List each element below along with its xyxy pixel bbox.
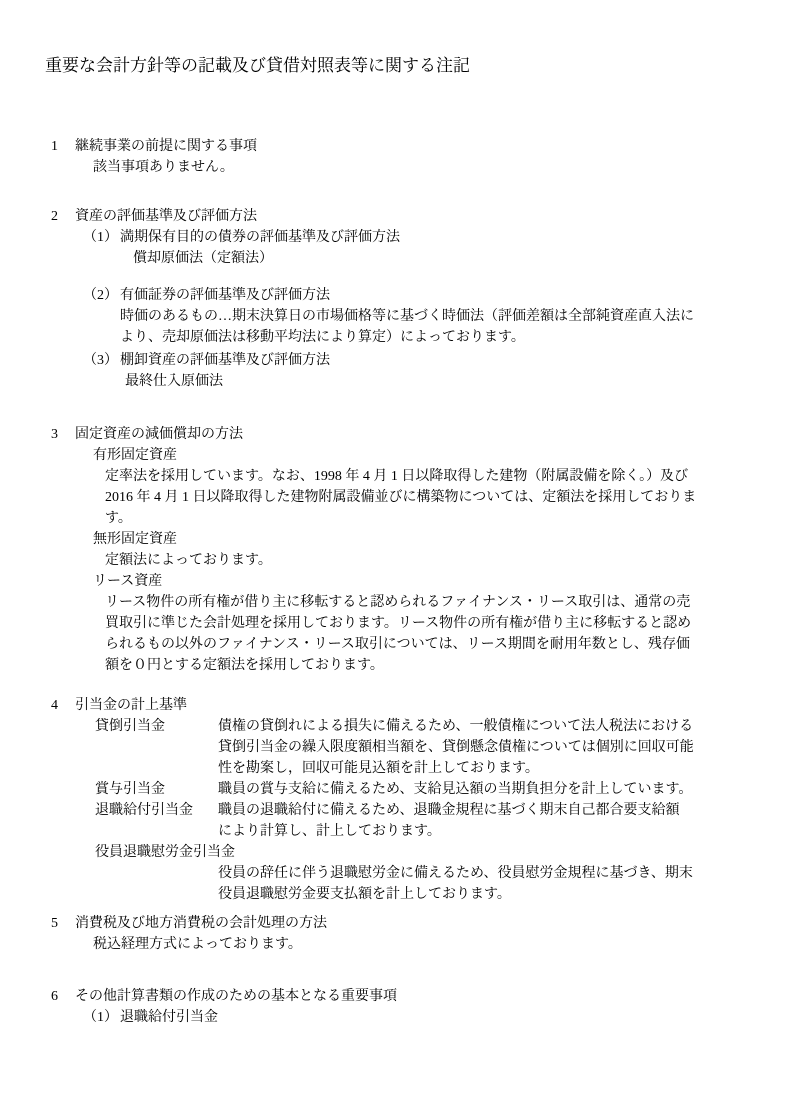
subsection-heading: 満期保有目的の債券の評価基準及び評価方法 [120,227,400,248]
subsection-body: 定率法を採用しています。なお、1998 年 4 月 1 日以降取得した建物（附属… [105,466,745,529]
subsection-heading: 退職給付引当金 [120,1007,218,1028]
section-heading-row: 2 資産の評価基準及び評価方法 [45,206,745,227]
subsection-retirement-benefit-provision: （1） 退職給付引当金 [83,1007,745,1028]
subsection-body: 最終仕入原価法 [125,371,745,392]
provision-term: 退職給付引当金 [95,800,218,842]
provision-term: 役員退職慰労金引当金 [95,842,745,863]
provision-term: 貸倒引当金 [95,716,218,779]
provision-row-officer-retirement: 役員退職慰労金引当金 役員の辞任に伴う退職慰労金に備えるため、役員慰労金規程に基… [45,842,745,905]
section-other-important-matters: 6 その他計算書類の作成のための基本となる重要事項 （1） 退職給付引当金 [45,986,745,1028]
subsection-heading-row: （2） 有価証券の評価基準及び評価方法 [83,285,745,306]
subsection-label: （1） [83,227,120,248]
section-number: 6 [45,986,75,1007]
subsection-inventories: （3） 棚卸資産の評価基準及び評価方法 最終仕入原価法 [45,350,745,392]
page-title: 重要な会計方針等の記載及び貸借対照表等に関する注記 [45,55,745,77]
subsection-heading: リース資産 [93,571,745,592]
subsection-intangible-fixed-assets: 無形固定資産 定額法によっております。 [45,529,745,571]
section-heading: 資産の評価基準及び評価方法 [75,206,745,227]
section-number: 1 [45,136,75,157]
subsection-heading: 有価証券の評価基準及び評価方法 [120,285,330,306]
subsection-held-to-maturity-bonds: （1） 満期保有目的の債券の評価基準及び評価方法 償却原価法（定額法） [45,227,745,269]
subsection-heading: 有形固定資産 [93,445,745,466]
section-heading: 固定資産の減価償却の方法 [75,424,745,445]
subsection-heading-row: （1） 満期保有目的の債券の評価基準及び評価方法 [83,227,745,248]
section-heading: 継続事業の前提に関する事項 [75,136,745,157]
provision-row-bonuses: 賞与引当金 職員の賞与支給に備えるため、支給見込額の当期負担分を計上しています。 [95,779,745,800]
subsection-body: 定額法によっております。 [105,550,745,571]
subsection-heading-row: （3） 棚卸資産の評価基準及び評価方法 [83,350,745,371]
subsection-label: （3） [83,350,120,371]
section-heading-row: 4 引当金の計上基準 [45,695,745,716]
provision-description: 債権の貸倒れによる損失に備えるため、一般債権について法人税法における 貸倒引当金… [218,716,745,779]
subsection-label: （2） [83,285,120,306]
section-depreciation: 3 固定資産の減価償却の方法 有形固定資産 定率法を採用しています。なお、199… [45,424,745,676]
section-number: 3 [45,424,75,445]
document-page: 重要な会計方針等の記載及び貸借対照表等に関する注記 1 継続事業の前提に関する事… [0,0,788,1099]
section-consumption-tax: 5 消費税及び地方消費税の会計処理の方法 税込経理方式によっております。 [45,913,745,955]
section-asset-valuation: 2 資産の評価基準及び評価方法 （1） 満期保有目的の債券の評価基準及び評価方法… [45,206,745,392]
subsection-body: 時価のあるもの…期末決算日の市場価格等に基づく時価法（評価差額は全部純資産直入法… [120,306,745,348]
subsection-label: （1） [83,1007,120,1028]
subsection-lease-assets: リース資産 リース物件の所有権が借り主に移転すると認められるファイナンス・リース… [45,571,745,676]
section-heading: 消費税及び地方消費税の会計処理の方法 [75,913,745,934]
section-body: 該当事項ありません。 [93,157,745,178]
subsection-body: リース物件の所有権が借り主に移転すると認められるファイナンス・リース取引は、通常… [105,592,745,676]
section-heading-row: 3 固定資産の減価償却の方法 [45,424,745,445]
provision-description: 職員の賞与支給に備えるため、支給見込額の当期負担分を計上しています。 [218,779,745,800]
provision-row-doubtful-accounts: 貸倒引当金 債権の貸倒れによる損失に備えるため、一般債権について法人税法における… [95,716,745,779]
section-heading-row: 5 消費税及び地方消費税の会計処理の方法 [45,913,745,934]
subsection-heading: 棚卸資産の評価基準及び評価方法 [120,350,330,371]
section-provisions: 4 引当金の計上基準 貸倒引当金 債権の貸倒れによる損失に備えるため、一般債権に… [45,695,745,905]
provision-description: 職員の退職給付に備えるため、退職金規程に基づく期末自己都合要支給額 により計算し… [218,800,745,842]
section-heading-row: 6 その他計算書類の作成のための基本となる重要事項 [45,986,745,1007]
section-heading: その他計算書類の作成のための基本となる重要事項 [75,986,745,1007]
subsection-heading: 無形固定資産 [93,529,745,550]
provision-row-retirement-benefits: 退職給付引当金 職員の退職給付に備えるため、退職金規程に基づく期末自己都合要支給… [95,800,745,842]
subsection-tangible-fixed-assets: 有形固定資産 定率法を採用しています。なお、1998 年 4 月 1 日以降取得… [45,445,745,529]
section-number: 2 [45,206,75,227]
section-going-concern: 1 継続事業の前提に関する事項 該当事項ありません。 [45,136,745,178]
section-body: 税込経理方式によっております。 [93,934,745,955]
subsection-securities: （2） 有価証券の評価基準及び評価方法 時価のあるもの…期末決算日の市場価格等に… [45,285,745,348]
provision-description: 役員の辞任に伴う退職慰労金に備えるため、役員慰労金規程に基づき、期末 役員退職慰… [218,863,745,905]
subsection-body: 償却原価法（定額法） [133,248,745,269]
section-number: 4 [45,695,75,716]
section-number: 5 [45,913,75,934]
provision-term: 賞与引当金 [95,779,218,800]
section-heading: 引当金の計上基準 [75,695,745,716]
section-heading-row: 1 継続事業の前提に関する事項 [45,136,745,157]
